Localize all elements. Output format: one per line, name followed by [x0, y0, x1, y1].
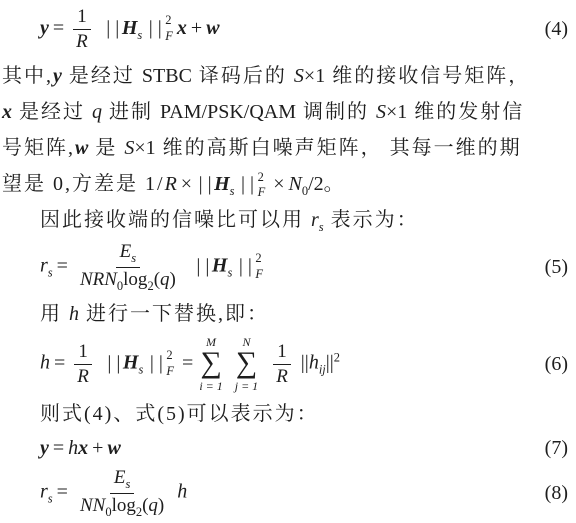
- norm-bar: |: [115, 17, 119, 39]
- equation-5-math: rs=EsNRN0log2(q)||Hs||2F: [40, 241, 545, 293]
- math-text: N: [288, 173, 301, 195]
- equation-6: h=1R||Hs||2F=M∑i = 1N∑j = 11R||hij||2 (6…: [0, 332, 576, 396]
- superscript: 2: [165, 13, 171, 29]
- math-text: 维的发射信: [407, 101, 524, 123]
- math-text: H: [123, 352, 139, 374]
- math-text: h: [177, 481, 187, 503]
- math-text: 用: [40, 303, 69, 325]
- fraction-numerator: Es: [116, 241, 140, 267]
- superscript-subscript-stack: 2F: [255, 251, 263, 282]
- math-text: ×1: [134, 137, 155, 159]
- fraction: 1R: [73, 341, 93, 388]
- equation-6-math: h=1R||Hs||2F=M∑i = 1N∑j = 11R||hij||2: [40, 336, 545, 392]
- math-text: log: [123, 269, 147, 290]
- subscript: F: [258, 185, 266, 201]
- subscript: F: [165, 29, 173, 45]
- fraction-numerator: Es: [110, 467, 134, 493]
- math-text: E: [114, 467, 126, 488]
- math-text: s: [48, 492, 53, 506]
- math-text: =: [182, 352, 193, 374]
- fraction: 1R: [272, 341, 292, 388]
- summation: M∑i = 1: [199, 336, 222, 392]
- math-text: w: [75, 137, 88, 159]
- paragraph-line-1: 其中,y 是经过 STBC 译码后的 S×1 维的接收信号矩阵，: [2, 58, 576, 94]
- math-text: ×: [181, 173, 192, 195]
- math-text: =: [53, 437, 64, 459]
- math-text: w: [107, 437, 120, 459]
- math-text: ×1: [386, 101, 407, 123]
- norm-bar: |: [196, 255, 200, 277]
- fraction-denominator: NRN0log2(q): [76, 268, 180, 293]
- equation-8-number: (8): [545, 482, 568, 505]
- math-text: PAM/PSK/QAM: [160, 101, 296, 123]
- math-text: y: [40, 437, 49, 459]
- math-text: 是经过: [12, 101, 92, 123]
- math-text: w: [206, 17, 219, 39]
- summation: N∑j = 1: [235, 336, 258, 392]
- math-text: ×1: [304, 65, 325, 87]
- math-text: ||: [326, 352, 334, 374]
- math-text: ): [170, 269, 176, 290]
- math-text: =: [57, 255, 68, 277]
- norm-bar: |: [150, 352, 154, 374]
- math-text: ×: [273, 173, 284, 195]
- math-text: +: [92, 437, 103, 459]
- norm-bar: |: [149, 17, 153, 39]
- equation-4: y=1R||Hs||2Fx+w (4): [0, 2, 576, 56]
- math-text: 调制的: [296, 101, 376, 123]
- math-text: x: [177, 17, 187, 39]
- math-text: log: [112, 495, 136, 516]
- lead-line-snr: 因此接收端的信噪比可以用 rs 表示为：: [0, 202, 576, 238]
- lead-line-substitute: 用 h 进行一下替换,即：: [0, 296, 576, 332]
- norm-bar: |: [250, 173, 254, 195]
- math-text: s: [131, 251, 136, 265]
- math-text: 1: [77, 6, 87, 27]
- math-text: s: [138, 363, 143, 377]
- math-text: =: [57, 481, 68, 503]
- math-text: 维的接收信号矩阵，: [325, 65, 530, 87]
- equation-5: rs=EsNRN0log2(q)||Hs||2F (5): [0, 238, 576, 296]
- math-text: 表示为：: [324, 209, 419, 231]
- fraction-denominator: R: [272, 365, 292, 388]
- norm-bar: |: [205, 255, 209, 277]
- math-text: S: [294, 65, 304, 87]
- document-page: y=1R||Hs||2Fx+w (4) 其中,y 是经过 STBC 译码后的 S…: [0, 0, 576, 523]
- math-text: R: [276, 366, 288, 387]
- norm-bar: |: [199, 173, 203, 195]
- lead-line-express: 则式(4)、式(5)可以表示为：: [0, 396, 576, 432]
- math-text: s: [48, 266, 53, 280]
- math-text: NRN: [80, 269, 117, 290]
- math-text: s: [137, 28, 142, 42]
- math-text: s: [227, 266, 232, 280]
- math-text: h: [309, 352, 319, 374]
- summation-lower-limit: j = 1: [235, 380, 258, 392]
- math-text: ): [158, 495, 164, 516]
- norm-bar: |: [239, 255, 243, 277]
- fraction-denominator: NN0log2(q): [76, 494, 168, 519]
- math-text: 译码后的: [192, 65, 294, 87]
- fraction: 1R: [72, 6, 92, 53]
- sigma-symbol: ∑: [200, 349, 221, 378]
- math-text: 因此接收端的信噪比可以用: [40, 209, 311, 231]
- math-text: q: [148, 495, 158, 516]
- norm-bar: |: [248, 255, 252, 277]
- equation-8-math: rs=EsNN0log2(q)h: [40, 467, 545, 519]
- math-text: r: [40, 255, 48, 277]
- superscript-subscript-stack: 2F: [166, 348, 174, 379]
- math-text: NN: [80, 495, 105, 516]
- math-text: H: [212, 255, 228, 277]
- math-text: S: [124, 137, 134, 159]
- math-text: r: [40, 481, 48, 503]
- paragraph-line-3: 号矩阵,w 是 S×1 维的高斯白噪声矩阵， 其每一维的期: [2, 130, 576, 166]
- math-text: H: [122, 17, 138, 39]
- norm-bar: |: [208, 173, 212, 195]
- fraction-numerator: 1: [73, 6, 91, 30]
- math-text: x: [78, 437, 88, 459]
- math-text: 1: [277, 341, 287, 362]
- math-text: x: [2, 101, 12, 123]
- math-text: R: [165, 173, 177, 195]
- equation-7-number: (7): [545, 437, 568, 460]
- math-text: h: [68, 437, 78, 459]
- math-text: 2: [334, 351, 340, 365]
- sigma-symbol: ∑: [236, 349, 257, 378]
- math-text: R: [77, 366, 89, 387]
- equation-4-math: y=1R||Hs||2Fx+w: [40, 6, 545, 53]
- norm-bar: |: [159, 352, 163, 374]
- equation-4-number: (4): [545, 18, 568, 41]
- math-text: y: [53, 65, 62, 87]
- fraction: EsNN0log2(q): [76, 467, 168, 519]
- math-text: R: [76, 31, 88, 52]
- superscript: 2: [255, 251, 261, 267]
- math-text: q: [160, 269, 170, 290]
- math-text: E: [120, 241, 132, 262]
- math-text: 是经过: [62, 65, 142, 87]
- math-text: y: [40, 17, 49, 39]
- math-text: ij: [319, 363, 326, 377]
- fraction-denominator: R: [73, 365, 93, 388]
- fraction: EsNRN0log2(q): [76, 241, 180, 293]
- equation-8: rs=EsNN0log2(q)h (8): [0, 464, 576, 522]
- math-text: S: [376, 101, 386, 123]
- equation-6-number: (6): [545, 353, 568, 376]
- math-text: STBC: [142, 65, 192, 87]
- math-text: 进制: [102, 101, 160, 123]
- math-text: s: [125, 477, 130, 491]
- math-text: 是: [88, 137, 124, 159]
- paragraph-line-2: x 是经过 q 进制 PAM/PSK/QAM 调制的 S×1 维的发射信: [2, 94, 576, 130]
- summation-lower-limit: i = 1: [199, 380, 222, 392]
- math-text: 望是 0,方差是 1/: [2, 173, 165, 195]
- subscript: F: [255, 267, 263, 283]
- math-text: 进行一下替换,即：: [79, 303, 269, 325]
- equation-7: y=hx+w (7): [0, 432, 576, 464]
- math-text: ||: [301, 352, 309, 374]
- norm-bar: |: [107, 352, 111, 374]
- norm-bar: |: [241, 173, 245, 195]
- superscript-subscript-stack: 2F: [165, 13, 173, 44]
- subscript: F: [166, 364, 174, 380]
- math-text: =: [53, 17, 64, 39]
- equation-5-number: (5): [545, 256, 568, 279]
- math-text: =: [54, 352, 65, 374]
- math-text: 其中,: [2, 65, 53, 87]
- fraction-numerator: 1: [273, 341, 291, 365]
- paragraph-line-4: 望是 0,方差是 1/R×||Hs||2F×N0/2。: [2, 166, 576, 202]
- fraction-numerator: 1: [74, 341, 92, 365]
- math-text: +: [191, 17, 202, 39]
- math-text: 号矩阵,: [2, 137, 75, 159]
- math-text: h: [40, 352, 50, 374]
- math-text: q: [92, 101, 102, 123]
- math-text: H: [214, 173, 230, 195]
- math-text: r: [311, 209, 319, 231]
- math-text: /2。: [308, 173, 344, 195]
- superscript: 2: [258, 170, 264, 186]
- math-text: h: [69, 303, 79, 325]
- norm-bar: |: [106, 17, 110, 39]
- math-text: 1: [78, 341, 88, 362]
- fraction-denominator: R: [72, 30, 92, 53]
- body-paragraph: 其中,y 是经过 STBC 译码后的 S×1 维的接收信号矩阵， x 是经过 q…: [0, 56, 576, 202]
- math-text: 维的高斯白噪声矩阵， 其每一维的期: [156, 137, 522, 159]
- equation-7-math: y=hx+w: [40, 438, 545, 458]
- superscript-subscript-stack: 2F: [258, 170, 266, 201]
- math-text: s: [230, 184, 235, 198]
- norm-bar: |: [116, 352, 120, 374]
- superscript: 2: [166, 348, 172, 364]
- norm-bar: |: [158, 17, 162, 39]
- math-text: 则式(4)、式(5)可以表示为：: [40, 403, 319, 425]
